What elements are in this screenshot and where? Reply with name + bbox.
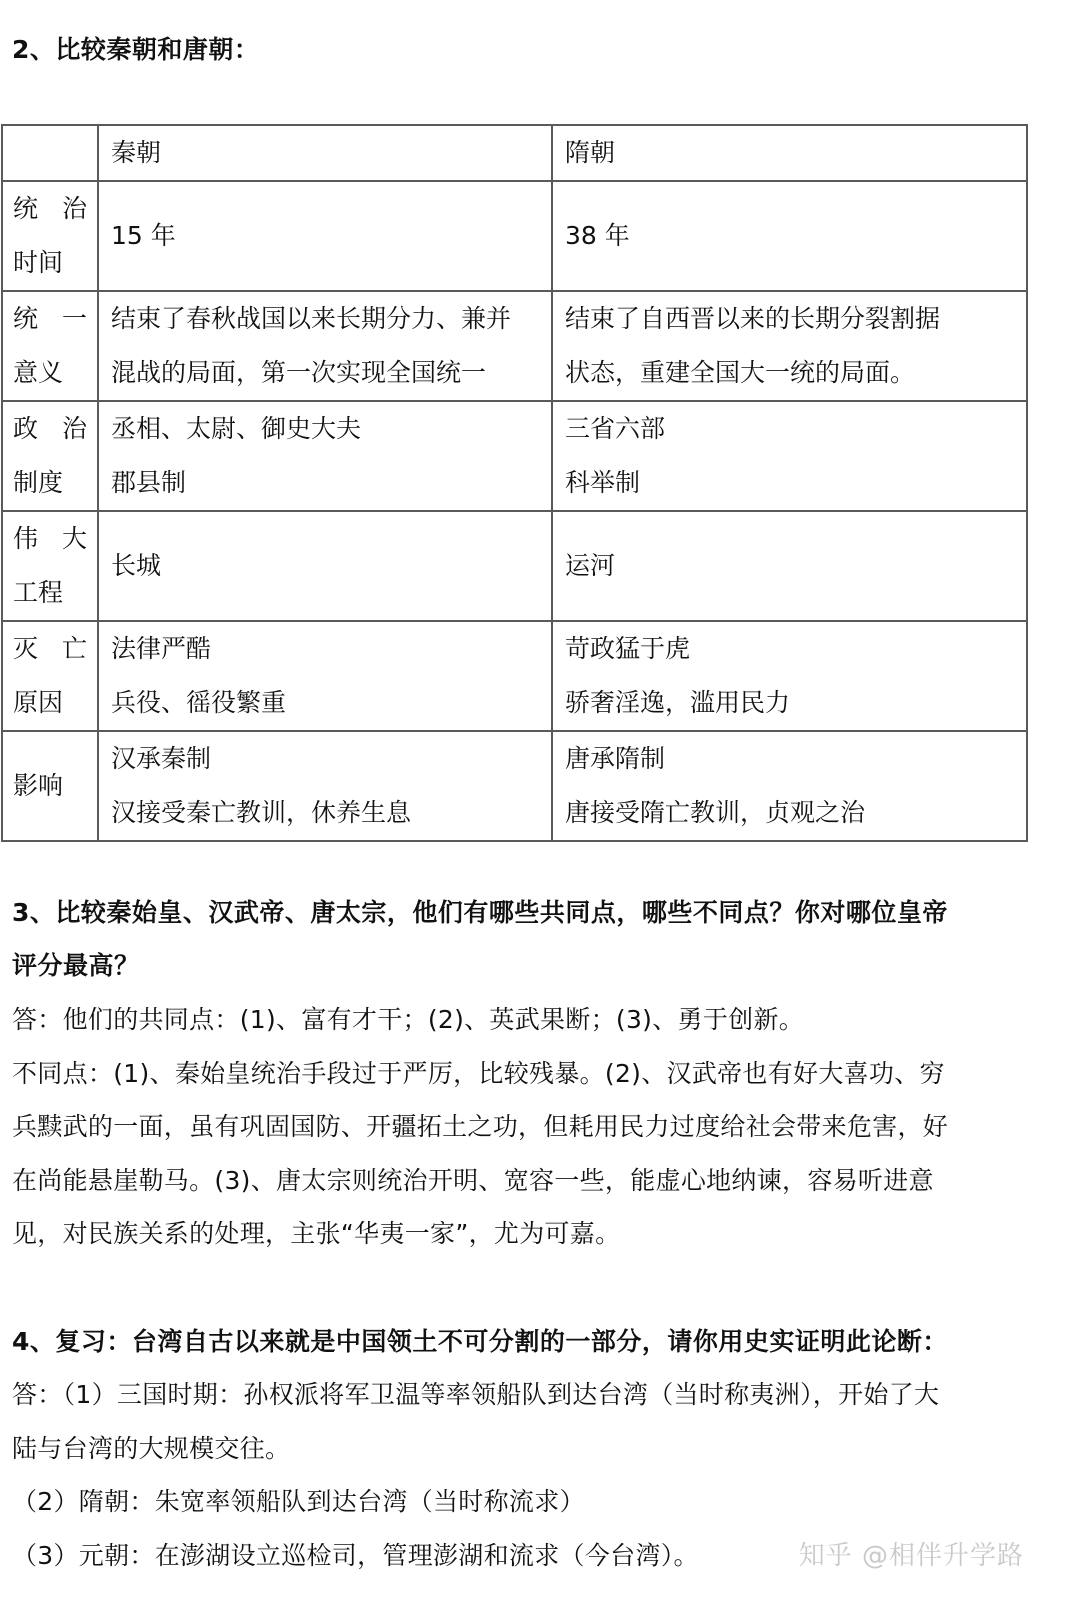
sui-cell: 结束了自西晋以来的长期分裂割据状态，重建全国大一统的局面。 (552, 291, 1027, 401)
row-label: 政治 制度 (2, 401, 98, 511)
table-row: 政治 制度 丞相、太尉、御史大夫郡县制 三省六部科举制 (2, 401, 1027, 511)
header-qin: 秦朝 (98, 125, 552, 181)
sui-cell: 唐承隋制唐接受隋亡教训，贞观之治 (552, 731, 1027, 841)
section4-answer-line: 答：（1）三国时期：孙权派将军卫温等率领船队到达台湾（当时称夷洲），开始了大 (12, 1375, 939, 1411)
section3-answer-line: 兵黩武的一面，虽有巩固国防、开疆拓土之功，但耗用民力过度给社会带来危害，好 (12, 1107, 948, 1143)
table-row: 统治 时间 15 年 38 年 (2, 181, 1027, 291)
table-header-row: 秦朝 隋朝 (2, 125, 1027, 181)
section2-title: 2、比较秦朝和唐朝： (12, 30, 259, 66)
table-row: 影响 汉承秦制汉接受秦亡教训，休养生息 唐承隋制唐接受隋亡教训，贞观之治 (2, 731, 1027, 841)
section4-answer-line: （2）隋朝：朱宽率领船队到达台湾（当时称流求） (12, 1482, 585, 1518)
sui-cell: 运河 (552, 511, 1027, 621)
section3-title-line2: 评分最高？ (12, 946, 140, 982)
section3-answer-line: 见，对民族关系的处理，主张“华夷一家”，尤为可嘉。 (12, 1214, 620, 1250)
row-label: 统一 意义 (2, 291, 98, 401)
section3-answer-line: 答：他们的共同点：(1)、富有才干；(2)、英武果断；(3)、勇于创新。 (12, 1000, 804, 1036)
qin-cell: 结束了春秋战国以来长期分力、兼并混战的局面，第一次实现全国统一 (98, 291, 552, 401)
section4-answer-line: 陆与台湾的大规模交往。 (12, 1429, 290, 1465)
section3-answer-line: 不同点：(1)、秦始皇统治手段过于严厉，比较残暴。(2)、汉武帝也有好大喜功、穷 (12, 1054, 945, 1090)
table-row: 伟大 工程 长城 运河 (2, 511, 1027, 621)
sui-cell: 三省六部科举制 (552, 401, 1027, 511)
section4-title: 4、复习：台湾自古以来就是中国领土不可分割的一部分，请你用史实证明此论断： (12, 1322, 948, 1358)
section3-answer-line: 在尚能悬崖勒马。(3)、唐太宗则统治开明、宽容一些，能虚心地纳谏，容易听进意 (12, 1161, 934, 1197)
row-label: 灭亡 原因 (2, 621, 98, 731)
table-row: 统一 意义 结束了春秋战国以来长期分力、兼并混战的局面，第一次实现全国统一 结束… (2, 291, 1027, 401)
section3-title-line1: 3、比较秦始皇、汉武帝、唐太宗，他们有哪些共同点，哪些不同点？你对哪位皇帝 (12, 893, 948, 929)
qin-cell: 法律严酷兵役、徭役繁重 (98, 621, 552, 731)
section4-answer-line: （3）元朝：在澎湖设立巡检司，管理澎湖和流求（今台湾）。 (12, 1536, 699, 1572)
qin-cell: 15 年 (98, 181, 552, 291)
header-empty-cell (2, 125, 98, 181)
qin-cell: 丞相、太尉、御史大夫郡县制 (98, 401, 552, 511)
table-row: 灭亡 原因 法律严酷兵役、徭役繁重 苛政猛于虎骄奢淫逸，滥用民力 (2, 621, 1027, 731)
sui-cell: 38 年 (552, 181, 1027, 291)
sui-cell: 苛政猛于虎骄奢淫逸，滥用民力 (552, 621, 1027, 731)
row-label: 统治 时间 (2, 181, 98, 291)
qin-cell: 汉承秦制汉接受秦亡教训，休养生息 (98, 731, 552, 841)
watermark: 知乎 @相伴升学路 (799, 1535, 1024, 1572)
header-sui: 隋朝 (552, 125, 1027, 181)
comparison-table: 秦朝 隋朝 统治 时间 15 年 38 年 统一 意义 结束了春秋战国以来长期分… (1, 124, 1028, 842)
row-label: 伟大 工程 (2, 511, 98, 621)
qin-cell: 长城 (98, 511, 552, 621)
row-label: 影响 (2, 731, 98, 841)
